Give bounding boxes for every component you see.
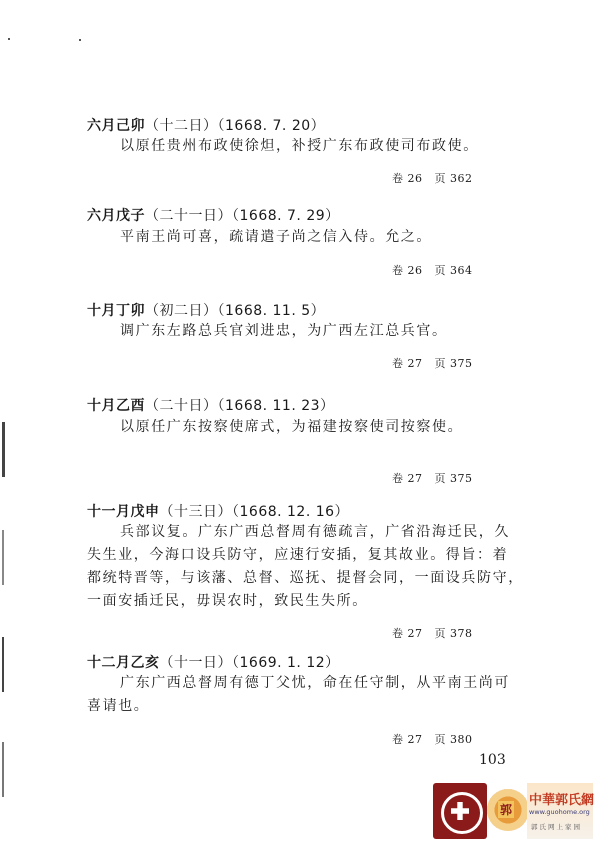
entry-lunar-day: （初二日） [145, 303, 218, 319]
citation-page: 页 375 [435, 357, 473, 370]
entry-date-name: 六月己卯 [87, 118, 145, 134]
entry-citation: 卷 27页 378 [392, 625, 473, 641]
entry-gregorian-date: （1668. 11. 23） [218, 398, 335, 414]
citation-volume: 卷 27 [392, 472, 423, 485]
entry-lunar-day: （十二日） [145, 118, 218, 134]
citation-volume: 卷 27 [392, 357, 423, 370]
seal-icon: 郭 [487, 789, 529, 831]
scan-margin-line [2, 637, 4, 692]
entry-gregorian-date: （1668. 11. 5） [218, 303, 326, 319]
entry-heading: 十二月乙亥（十一日）（1669. 1. 12） [87, 652, 340, 672]
entry-text: 喜请也。 [87, 695, 149, 718]
entry-text: 以原任贵州布政使徐炟，补授广东布政使司布政使。 [120, 135, 479, 158]
citation-volume: 卷 26 [392, 264, 423, 277]
entry-text: 一面安插迁民，毋误农时，致民生失所。 [87, 590, 368, 613]
entry-text: 平南王尚可喜，疏请遣子尚之信入侍。允之。 [120, 226, 432, 249]
page-number: 103 [479, 752, 506, 768]
entry-citation: 卷 27页 375 [392, 470, 473, 486]
entry-text: 广东广西总督周有德丁父忧，命在任守制，从平南王尚可 [120, 672, 510, 695]
entry-lunar-day: （十三日） [160, 504, 233, 520]
scan-margin-line [2, 530, 4, 585]
watermark-text-block: 中華郭氏網 www.guohome.org 郭氏网上家园 [527, 783, 593, 839]
entry-date-name: 六月戊子 [87, 208, 145, 224]
entry-gregorian-date: （1669. 1. 12） [232, 655, 340, 671]
entry-date-name: 十月丁卯 [87, 303, 145, 319]
entry-lunar-day: （十一日） [160, 655, 233, 671]
entry-text: 调广东左路总兵官刘进忠，为广西左江总兵官。 [120, 320, 448, 343]
seal-char: 郭 [498, 801, 514, 818]
entry-gregorian-date: （1668. 12. 16） [232, 504, 349, 520]
watermark-logo: 郭 中華郭氏網 www.guohome.org 郭氏网上家园 [433, 783, 593, 839]
entry-gregorian-date: （1668. 7. 20） [218, 118, 326, 134]
scan-speck [79, 39, 81, 41]
watermark-url: www.guohome.org [529, 808, 590, 816]
scan-margin-line [2, 422, 5, 477]
citation-page: 页 362 [435, 172, 473, 185]
entry-text: 兵部议复。广东广西总督周有德疏言，广省沿海迁民，久 [120, 521, 510, 544]
citation-page: 页 375 [435, 472, 473, 485]
citation-volume: 卷 27 [392, 733, 423, 746]
entry-text: 失生业，今海口设兵防守，应速行安插，复其故业。得旨：着 [87, 544, 508, 567]
entry-citation: 卷 27页 380 [392, 731, 473, 747]
entry-text: 都统特晋等，与该藩、总督、巡抚、提督会同，一面设兵防守， [87, 567, 524, 590]
entry-heading: 十月丁卯（初二日）（1668. 11. 5） [87, 300, 325, 320]
citation-page: 页 378 [435, 627, 473, 640]
entry-citation: 卷 27页 375 [392, 355, 473, 371]
entry-date-name: 十一月戊申 [87, 504, 160, 520]
scan-margin-line [2, 742, 4, 797]
citation-page: 页 380 [435, 733, 473, 746]
entry-citation: 卷 26页 362 [392, 170, 473, 186]
knot-emblem-icon [433, 783, 487, 839]
citation-volume: 卷 27 [392, 627, 423, 640]
watermark-slogan: 郭氏网上家园 [531, 822, 582, 831]
watermark-title: 中華郭氏網 [529, 789, 594, 808]
entry-text: 以原任广东按察使席式，为福建按察使司按察使。 [120, 416, 463, 439]
entry-heading: 六月戊子（二十一日）（1668. 7. 29） [87, 205, 340, 225]
entry-gregorian-date: （1668. 7. 29） [232, 208, 340, 224]
entry-date-name: 十月乙酉 [87, 398, 145, 414]
citation-volume: 卷 26 [392, 172, 423, 185]
entry-lunar-day: （二十日） [145, 398, 218, 414]
entry-heading: 十月乙酉（二十日）（1668. 11. 23） [87, 395, 335, 415]
entry-lunar-day: （二十一日） [145, 208, 232, 224]
entry-heading: 六月己卯（十二日）（1668. 7. 20） [87, 115, 325, 135]
entry-heading: 十一月戊申（十三日）（1668. 12. 16） [87, 501, 349, 521]
citation-page: 页 364 [435, 264, 473, 277]
scan-speck [8, 38, 10, 40]
entry-citation: 卷 26页 364 [392, 262, 473, 278]
entry-date-name: 十二月乙亥 [87, 655, 160, 671]
